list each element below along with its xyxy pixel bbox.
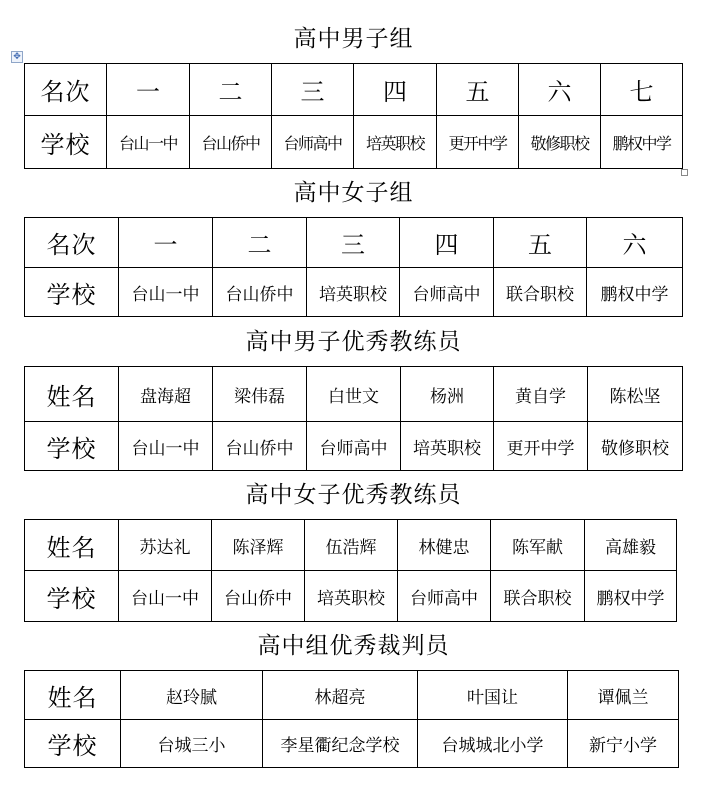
row-label: 姓名 [25,520,119,571]
school-cell: 培英职校 [354,116,437,169]
name-cell: 白世文 [307,367,401,422]
school-cell: 更开中学 [437,116,519,169]
name-cell: 梁伟磊 [213,367,307,422]
table-row: 名次 一 二 三 四 五 六 [25,218,683,268]
girls-ranking-table: 名次 一 二 三 四 五 六 学校 台山一中 台山侨中 培英职校 台师高中 联合… [24,217,683,317]
name-cell: 谭佩兰 [568,671,679,720]
row-label: 名次 [25,218,119,268]
rank-cell: 四 [400,218,494,268]
school-cell: 台山一中 [119,571,212,622]
school-cell: 台山侨中 [213,268,307,317]
name-cell: 赵玲腻 [121,671,263,720]
school-cell: 台师高中 [307,422,401,471]
school-cell: 新宁小学 [568,720,679,768]
section-title-referees: 高中组优秀裁判员 [0,632,707,660]
table-row: 学校 台山一中 台山侨中 培英职校 台师高中 联合职校 鹏权中学 [25,571,677,622]
rank-cell: 二 [213,218,307,268]
school-cell: 台山一中 [119,422,213,471]
name-cell: 林健忠 [398,520,491,571]
rank-cell: 七 [601,64,683,116]
table-row: 学校 台城三小 李星衢纪念学校 台城城北小学 新宁小学 [25,720,679,768]
table-resize-handle[interactable] [681,169,688,176]
name-cell: 苏达礼 [119,520,212,571]
rank-cell: 一 [119,218,213,268]
row-label: 姓名 [25,367,119,422]
table-row: 学校 台山一中 台山侨中 台师高中 培英职校 更开中学 敬修职校 鹏权中学 [25,116,683,169]
school-cell: 台城城北小学 [418,720,568,768]
rank-cell: 二 [190,64,272,116]
name-cell: 陈军献 [491,520,585,571]
rank-cell: 六 [519,64,601,116]
table-row: 姓名 赵玲腻 林超亮 叶国让 谭佩兰 [25,671,679,720]
school-cell: 敬修职校 [588,422,683,471]
school-cell: 台师高中 [400,268,494,317]
school-cell: 培英职校 [307,268,400,317]
rank-cell: 三 [307,218,400,268]
name-cell: 陈泽辉 [212,520,305,571]
table-row: 姓名 盘海超 梁伟磊 白世文 杨洲 黄自学 陈松坚 [25,367,683,422]
section-title-girls-ranking: 高中女子组 [0,179,707,207]
table-row: 姓名 苏达礼 陈泽辉 伍浩辉 林健忠 陈军献 高雄毅 [25,520,677,571]
school-cell: 台山一中 [107,116,190,169]
girls-coaches-table: 姓名 苏达礼 陈泽辉 伍浩辉 林健忠 陈军献 高雄毅 学校 台山一中 台山侨中 … [24,519,677,622]
row-label: 名次 [25,64,107,116]
school-cell: 台山侨中 [190,116,272,169]
name-cell: 叶国让 [418,671,568,720]
school-cell: 鹏权中学 [601,116,683,169]
school-cell: 敬修职校 [519,116,601,169]
rank-cell: 六 [587,218,683,268]
school-cell: 联合职校 [491,571,585,622]
school-cell: 鹏权中学 [585,571,677,622]
section-title-girls-coaches: 高中女子优秀教练员 [0,481,707,509]
table-row: 学校 台山一中 台山侨中 台师高中 培英职校 更开中学 敬修职校 [25,422,683,471]
rank-cell: 四 [354,64,437,116]
rank-cell: 五 [437,64,519,116]
school-cell: 培英职校 [401,422,494,471]
school-cell: 联合职校 [494,268,587,317]
school-cell: 台山侨中 [212,571,305,622]
school-cell: 台山侨中 [213,422,307,471]
row-label: 学校 [25,720,121,768]
table-row: 名次 一 二 三 四 五 六 七 [25,64,683,116]
row-label: 学校 [25,268,119,317]
boys-ranking-table: 名次 一 二 三 四 五 六 七 学校 台山一中 台山侨中 台师高中 培英职校 … [24,63,683,169]
referees-table: 姓名 赵玲腻 林超亮 叶国让 谭佩兰 学校 台城三小 李星衢纪念学校 台城城北小… [24,670,679,768]
section-title-boys-coaches: 高中男子优秀教练员 [0,328,707,356]
school-cell: 培英职校 [305,571,398,622]
section-title-boys-ranking: 高中男子组 [0,25,707,53]
school-cell: 台山一中 [119,268,213,317]
name-cell: 黄自学 [494,367,588,422]
row-label: 学校 [25,116,107,169]
row-label: 学校 [25,422,119,471]
school-cell: 更开中学 [494,422,588,471]
name-cell: 盘海超 [119,367,213,422]
school-cell: 台师高中 [398,571,491,622]
school-cell: 台师高中 [272,116,354,169]
name-cell: 陈松坚 [588,367,683,422]
row-label: 学校 [25,571,119,622]
school-cell: 李星衢纪念学校 [263,720,418,768]
table-row: 学校 台山一中 台山侨中 培英职校 台师高中 联合职校 鹏权中学 [25,268,683,317]
name-cell: 林超亮 [263,671,418,720]
rank-cell: 一 [107,64,190,116]
rank-cell: 三 [272,64,354,116]
rank-cell: 五 [494,218,587,268]
name-cell: 高雄毅 [585,520,677,571]
name-cell: 伍浩辉 [305,520,398,571]
school-cell: 台城三小 [121,720,263,768]
school-cell: 鹏权中学 [587,268,683,317]
boys-coaches-table: 姓名 盘海超 梁伟磊 白世文 杨洲 黄自学 陈松坚 学校 台山一中 台山侨中 台… [24,366,683,471]
name-cell: 杨洲 [401,367,494,422]
row-label: 姓名 [25,671,121,720]
